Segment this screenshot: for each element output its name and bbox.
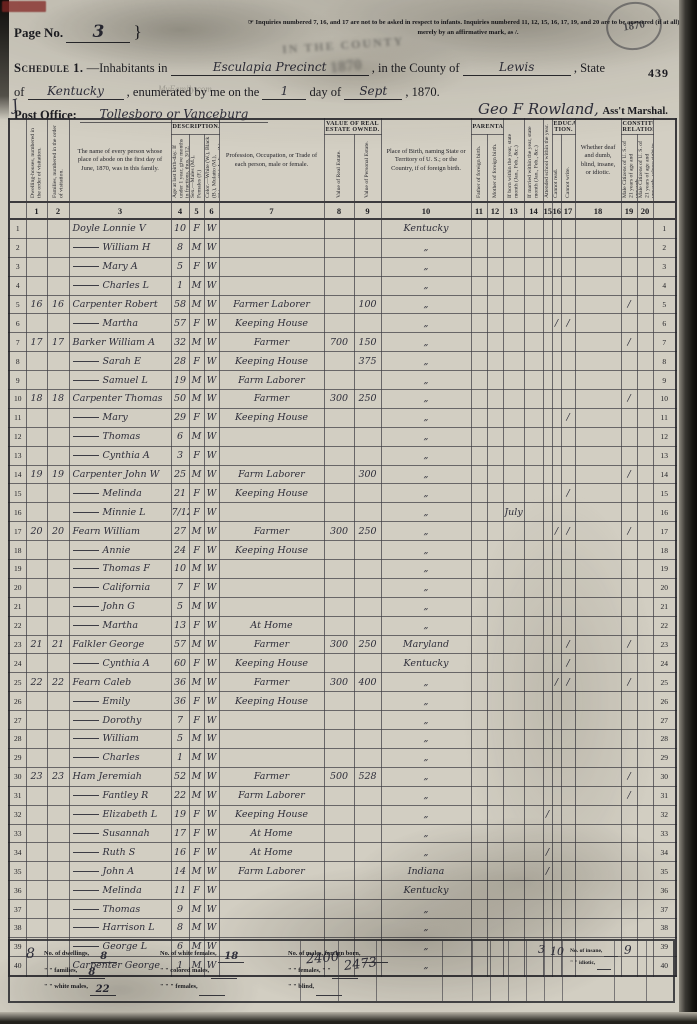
- cell-re: [324, 276, 354, 295]
- cell-occ: [219, 503, 324, 522]
- cell-occ: Keeping House: [219, 314, 324, 333]
- cell-mb: [487, 503, 503, 522]
- cell-dd: [575, 654, 621, 673]
- cell-re: 300: [324, 635, 354, 654]
- cell-re: [324, 503, 354, 522]
- row-number-right: 23: [653, 635, 676, 654]
- cell-occ: [219, 257, 324, 276]
- cell-fam: 19: [47, 465, 69, 484]
- state-label: , State: [574, 61, 605, 75]
- cell-cr: [552, 484, 561, 503]
- inhabitants-label: —Inhabitants in: [87, 61, 168, 75]
- cell-mm: [524, 257, 543, 276]
- cell-dd: [575, 824, 621, 843]
- row-number-right: 7: [653, 333, 676, 352]
- group-value: Value of Real Estate owned.: [324, 119, 381, 135]
- row-number-right: 17: [653, 522, 676, 541]
- cell-bp: Indiana: [381, 862, 471, 881]
- row-number-left: 31: [9, 786, 26, 805]
- cell-ci: [621, 824, 637, 843]
- cell-mb: [487, 276, 503, 295]
- cell-fb: [471, 314, 487, 333]
- cell-dw: 17: [26, 333, 47, 352]
- cell-name: Cynthia A: [69, 446, 171, 465]
- cell-cr: [552, 654, 561, 673]
- table-row: 8Sarah E28FWKeeping House375„8: [9, 352, 676, 371]
- cell-cr: [552, 748, 561, 767]
- cell-sex: M: [189, 748, 204, 767]
- cell-dn: [637, 352, 653, 371]
- cell-cw: [561, 390, 575, 409]
- cell-cw: [561, 503, 575, 522]
- cell-fb: [471, 446, 487, 465]
- row-number-right: 31: [653, 786, 676, 805]
- cell-fam: [47, 503, 69, 522]
- cell-sex: F: [189, 843, 204, 862]
- cell-occ: Farm Laborer: [219, 862, 324, 881]
- cell-fb: [471, 692, 487, 711]
- cell-fb: [471, 408, 487, 427]
- cell-mb: [487, 390, 503, 409]
- cell-fb: [471, 276, 487, 295]
- total-attended-school: 3: [538, 943, 545, 956]
- row-number-right: 3: [653, 257, 676, 276]
- cell-dn: [637, 843, 653, 862]
- cell-name: Martha: [69, 314, 171, 333]
- table-row: 16Minnie L7/12FW„July16: [9, 503, 676, 522]
- cell-occ: [219, 446, 324, 465]
- cell-col: W: [204, 692, 219, 711]
- row-number-right: 24: [653, 654, 676, 673]
- col-head-cannot-read: Cannot read.: [552, 135, 561, 203]
- cell-dw: [26, 862, 47, 881]
- cell-col: W: [204, 333, 219, 352]
- cell-name: Annie: [69, 541, 171, 560]
- row-number-left: 24: [9, 654, 26, 673]
- cell-ci: /: [621, 786, 637, 805]
- cell-cw: [561, 843, 575, 862]
- cell-ci: /: [621, 767, 637, 786]
- cell-re: 300: [324, 390, 354, 409]
- cell-dw: [26, 616, 47, 635]
- cell-col: W: [204, 238, 219, 257]
- cell-occ: Farmer: [219, 333, 324, 352]
- cell-age: 7: [171, 711, 189, 730]
- cell-fb: [471, 805, 487, 824]
- cell-fb: [471, 465, 487, 484]
- cell-sc: [543, 522, 552, 541]
- cell-dd: [575, 390, 621, 409]
- cell-sc: [543, 748, 552, 767]
- row-number-left: 35: [9, 862, 26, 881]
- state-value: Kentucky: [47, 84, 104, 98]
- cell-sex: F: [189, 352, 204, 371]
- cell-dn: [637, 333, 653, 352]
- cell-age: 57: [171, 635, 189, 654]
- cell-dn: [637, 862, 653, 881]
- cell-dn: [637, 767, 653, 786]
- cell-col: W: [204, 257, 219, 276]
- table-row: 141919Carpenter John W25MWFarm Laborer30…: [9, 465, 676, 484]
- cell-name: William H: [69, 238, 171, 257]
- cell-name: Harrison L: [69, 918, 171, 937]
- cell-ci: [621, 730, 637, 749]
- cell-col: W: [204, 390, 219, 409]
- cell-name: John A: [69, 862, 171, 881]
- cell-fam: 23: [47, 767, 69, 786]
- instructions-line1: ☞ Inquiries numbered 7, 16, and 17 are n…: [248, 19, 679, 26]
- cell-sex: M: [189, 635, 204, 654]
- cell-dd: [575, 352, 621, 371]
- cell-bp: „: [381, 484, 471, 503]
- cell-col: W: [204, 767, 219, 786]
- cell-mm: [524, 371, 543, 390]
- cell-sex: F: [189, 824, 204, 843]
- cell-bp: „: [381, 333, 471, 352]
- cell-ci: [621, 805, 637, 824]
- cell-bp: „: [381, 352, 471, 371]
- cell-pe: [354, 257, 381, 276]
- scan-edge-bottom: [0, 1012, 697, 1024]
- col-head-vote-denied: Male Citizens of U. S. of 21 years of ag…: [637, 135, 653, 203]
- cell-bp: Kentucky: [381, 881, 471, 900]
- cell-occ: [219, 578, 324, 597]
- cell-dw: [26, 560, 47, 579]
- cell-sc: [543, 560, 552, 579]
- cell-pe: [354, 900, 381, 919]
- cell-name: California: [69, 578, 171, 597]
- cell-cr: /: [552, 522, 561, 541]
- cell-dn: [637, 597, 653, 616]
- cell-pe: 150: [354, 333, 381, 352]
- cell-mb: [487, 881, 503, 900]
- cell-mm: [524, 843, 543, 862]
- row-number-right: 1: [653, 219, 676, 238]
- cell-fam: [47, 881, 69, 900]
- cell-dn: [637, 522, 653, 541]
- cell-sex: M: [189, 597, 204, 616]
- cell-fb: [471, 918, 487, 937]
- row-number-left: 8: [9, 352, 26, 371]
- cell-bm: July: [503, 503, 524, 522]
- cell-pe: [354, 219, 381, 238]
- cell-occ: [219, 748, 324, 767]
- table-row: 31Fantley R22MWFarm Laborer„/31: [9, 786, 676, 805]
- cell-dn: [637, 446, 653, 465]
- cell-bm: [503, 578, 524, 597]
- month-value: Sept: [359, 84, 387, 98]
- cell-dw: [26, 881, 47, 900]
- row-number-left: 6: [9, 314, 26, 333]
- cell-cr: [552, 541, 561, 560]
- cell-name: Charles: [69, 748, 171, 767]
- cell-re: [324, 711, 354, 730]
- cell-cw: [561, 257, 575, 276]
- cell-age: 13: [171, 616, 189, 635]
- of-label: of: [14, 85, 24, 99]
- cell-sex: F: [189, 503, 204, 522]
- cell-cr: /: [552, 673, 561, 692]
- cell-col: W: [204, 352, 219, 371]
- cell-re: [324, 484, 354, 503]
- table-row: 13Cynthia A3FW„13: [9, 446, 676, 465]
- cell-mm: [524, 427, 543, 446]
- row-number-left: 1: [9, 219, 26, 238]
- cell-cw: /: [561, 654, 575, 673]
- cell-ci: [621, 238, 637, 257]
- cell-ci: [621, 314, 637, 333]
- cell-fb: [471, 560, 487, 579]
- row-number-left: 14: [9, 465, 26, 484]
- cell-fam: [47, 257, 69, 276]
- row-number-right: 8: [653, 352, 676, 371]
- row-number-right: 19: [653, 560, 676, 579]
- cell-mm: [524, 862, 543, 881]
- cell-cr: [552, 427, 561, 446]
- cell-name: Thomas F: [69, 560, 171, 579]
- col-head-cannot-write: Cannot write.: [561, 135, 575, 203]
- cell-pe: [354, 560, 381, 579]
- cell-mb: [487, 484, 503, 503]
- cell-name: Ruth S: [69, 843, 171, 862]
- cell-bp: „: [381, 408, 471, 427]
- cell-mm: [524, 295, 543, 314]
- cell-dn: [637, 484, 653, 503]
- table-row: 1Doyle Lonnie V10FWKentucky1: [9, 219, 676, 238]
- cell-bp: „: [381, 597, 471, 616]
- cell-sex: M: [189, 862, 204, 881]
- cell-occ: Farm Laborer: [219, 786, 324, 805]
- cell-dn: [637, 257, 653, 276]
- cell-col: W: [204, 597, 219, 616]
- cell-dw: [26, 408, 47, 427]
- row-number-right: 11: [653, 408, 676, 427]
- cell-fam: 21: [47, 635, 69, 654]
- row-number-left: 30: [9, 767, 26, 786]
- cell-cw: /: [561, 522, 575, 541]
- cell-col: W: [204, 654, 219, 673]
- cell-dn: [637, 900, 653, 919]
- cell-name: Cynthia A: [69, 654, 171, 673]
- scan-edge-right: [679, 0, 697, 1024]
- cell-re: [324, 843, 354, 862]
- cell-cr: [552, 730, 561, 749]
- cell-cw: [561, 597, 575, 616]
- cell-cr: [552, 503, 561, 522]
- cell-pe: [354, 314, 381, 333]
- cell-mm: [524, 616, 543, 635]
- cell-pe: [354, 748, 381, 767]
- cell-bm: [503, 635, 524, 654]
- row-number-right: 14: [653, 465, 676, 484]
- cell-dd: [575, 541, 621, 560]
- cell-re: [324, 427, 354, 446]
- cell-sex: M: [189, 333, 204, 352]
- cell-fb: [471, 257, 487, 276]
- cell-pe: [354, 654, 381, 673]
- cell-dw: [26, 484, 47, 503]
- cell-fam: [47, 484, 69, 503]
- cell-ci: [621, 881, 637, 900]
- cell-fam: [47, 786, 69, 805]
- cell-re: [324, 295, 354, 314]
- cell-fam: 18: [47, 390, 69, 409]
- cell-sc: [543, 295, 552, 314]
- cell-cw: [561, 333, 575, 352]
- cell-bp: „: [381, 786, 471, 805]
- cell-name: Fantley R: [69, 786, 171, 805]
- cell-mb: [487, 333, 503, 352]
- cell-cw: /: [561, 314, 575, 333]
- cell-name: Susannah: [69, 824, 171, 843]
- cell-bm: [503, 767, 524, 786]
- cell-sex: F: [189, 257, 204, 276]
- cell-bm: [503, 333, 524, 352]
- cell-cr: [552, 219, 561, 238]
- cell-sex: M: [189, 390, 204, 409]
- cell-age: 1: [171, 276, 189, 295]
- cell-cr: /: [552, 314, 561, 333]
- cell-col: W: [204, 314, 219, 333]
- cell-mm: [524, 522, 543, 541]
- cell-name: Samuel L: [69, 371, 171, 390]
- cell-age: 3: [171, 446, 189, 465]
- cell-dw: 19: [26, 465, 47, 484]
- cell-sex: M: [189, 673, 204, 692]
- precinct-value: Esculapia Precinct: [213, 60, 327, 74]
- cell-re: [324, 824, 354, 843]
- cell-cw: [561, 805, 575, 824]
- cell-bp: „: [381, 257, 471, 276]
- cell-bp: „: [381, 427, 471, 446]
- county-value: Lewis: [499, 60, 534, 74]
- cell-col: W: [204, 824, 219, 843]
- cell-pe: [354, 692, 381, 711]
- cell-sex: M: [189, 522, 204, 541]
- cell-bm: [503, 900, 524, 919]
- cell-dn: [637, 635, 653, 654]
- cell-col: W: [204, 371, 219, 390]
- cell-age: 11: [171, 881, 189, 900]
- cell-age: 57: [171, 314, 189, 333]
- cell-cw: /: [561, 408, 575, 427]
- cell-fb: [471, 843, 487, 862]
- cell-pe: [354, 843, 381, 862]
- cell-occ: Keeping House: [219, 805, 324, 824]
- cell-mm: [524, 881, 543, 900]
- cell-mb: [487, 314, 503, 333]
- cell-dd: [575, 276, 621, 295]
- cell-fam: [47, 427, 69, 446]
- cell-pe: 375: [354, 352, 381, 371]
- cell-dd: [575, 730, 621, 749]
- cell-dw: [26, 541, 47, 560]
- cell-sc: [543, 578, 552, 597]
- cell-dn: [637, 673, 653, 692]
- row-number-right: 21: [653, 597, 676, 616]
- cell-fb: [471, 862, 487, 881]
- table-row: 2William H8MW„2: [9, 238, 676, 257]
- cell-dw: [26, 503, 47, 522]
- cell-mb: [487, 578, 503, 597]
- cell-occ: Keeping House: [219, 654, 324, 673]
- cell-ci: [621, 257, 637, 276]
- cell-occ: Farmer: [219, 522, 324, 541]
- cell-bp: „: [381, 578, 471, 597]
- cell-mb: [487, 711, 503, 730]
- cell-fam: 16: [47, 295, 69, 314]
- cell-re: [324, 314, 354, 333]
- cell-age: 16: [171, 843, 189, 862]
- cell-fb: [471, 352, 487, 371]
- table-row: 29Charles1MW„29: [9, 748, 676, 767]
- census-scan-page: 1870 IN THE COUNTY 1870 MyFamily.com J P…: [0, 0, 697, 1024]
- cell-mm: [524, 333, 543, 352]
- cell-fam: [47, 597, 69, 616]
- table-row: 11Mary29FWKeeping House„/11: [9, 408, 676, 427]
- row-number-left: 3: [9, 257, 26, 276]
- cell-occ: Farmer: [219, 390, 324, 409]
- cell-age: 52: [171, 767, 189, 786]
- cell-col: W: [204, 918, 219, 937]
- cell-name: Minnie L: [69, 503, 171, 522]
- row-number-right: 4: [653, 276, 676, 295]
- cell-sex: M: [189, 918, 204, 937]
- cell-re: [324, 371, 354, 390]
- col-head-male-citizen: Male Citizens of U. S. of 21 years of ag…: [621, 135, 637, 203]
- cell-sc: [543, 427, 552, 446]
- cell-bm: [503, 390, 524, 409]
- cell-bm: [503, 238, 524, 257]
- col-head-school: Attended school within the year.: [543, 119, 552, 202]
- cell-ci: [621, 654, 637, 673]
- cell-sex: M: [189, 900, 204, 919]
- row-number-right: 38: [653, 918, 676, 937]
- table-row: 4Charles L1MW„4: [9, 276, 676, 295]
- cell-cr: [552, 371, 561, 390]
- cell-occ: Keeping House: [219, 408, 324, 427]
- cell-col: W: [204, 295, 219, 314]
- cell-dd: [575, 333, 621, 352]
- cell-dn: [637, 427, 653, 446]
- cell-bm: [503, 654, 524, 673]
- col-head-married-month: If married within the year, state month …: [524, 119, 543, 202]
- schedule-line: Schedule 1. —Inhabitants in Esculapia Pr…: [14, 60, 674, 76]
- cell-col: W: [204, 484, 219, 503]
- cell-cw: [561, 824, 575, 843]
- cell-dn: [637, 654, 653, 673]
- cell-bp: „: [381, 446, 471, 465]
- cell-ci: [621, 371, 637, 390]
- cell-mb: [487, 730, 503, 749]
- table-row: 36Melinda11FWKentucky36: [9, 881, 676, 900]
- cell-name: Falkler George: [69, 635, 171, 654]
- table-row: 20California7FW„20: [9, 578, 676, 597]
- cell-pe: [354, 503, 381, 522]
- col-head-deaf-dumb: Whether deaf and dumb, blind, insane, or…: [575, 119, 621, 202]
- cell-bp: „: [381, 918, 471, 937]
- cell-dd: [575, 578, 621, 597]
- cell-age: 36: [171, 673, 189, 692]
- state-line: of Kentucky , enumerated by me on the 1 …: [14, 84, 674, 100]
- cell-dw: 23: [26, 767, 47, 786]
- cell-col: W: [204, 560, 219, 579]
- row-number-right: 10: [653, 390, 676, 409]
- table-row: 26Emily36FWKeeping House„26: [9, 692, 676, 711]
- row-number-right: 12: [653, 427, 676, 446]
- cell-sex: F: [189, 408, 204, 427]
- cell-age: 5: [171, 730, 189, 749]
